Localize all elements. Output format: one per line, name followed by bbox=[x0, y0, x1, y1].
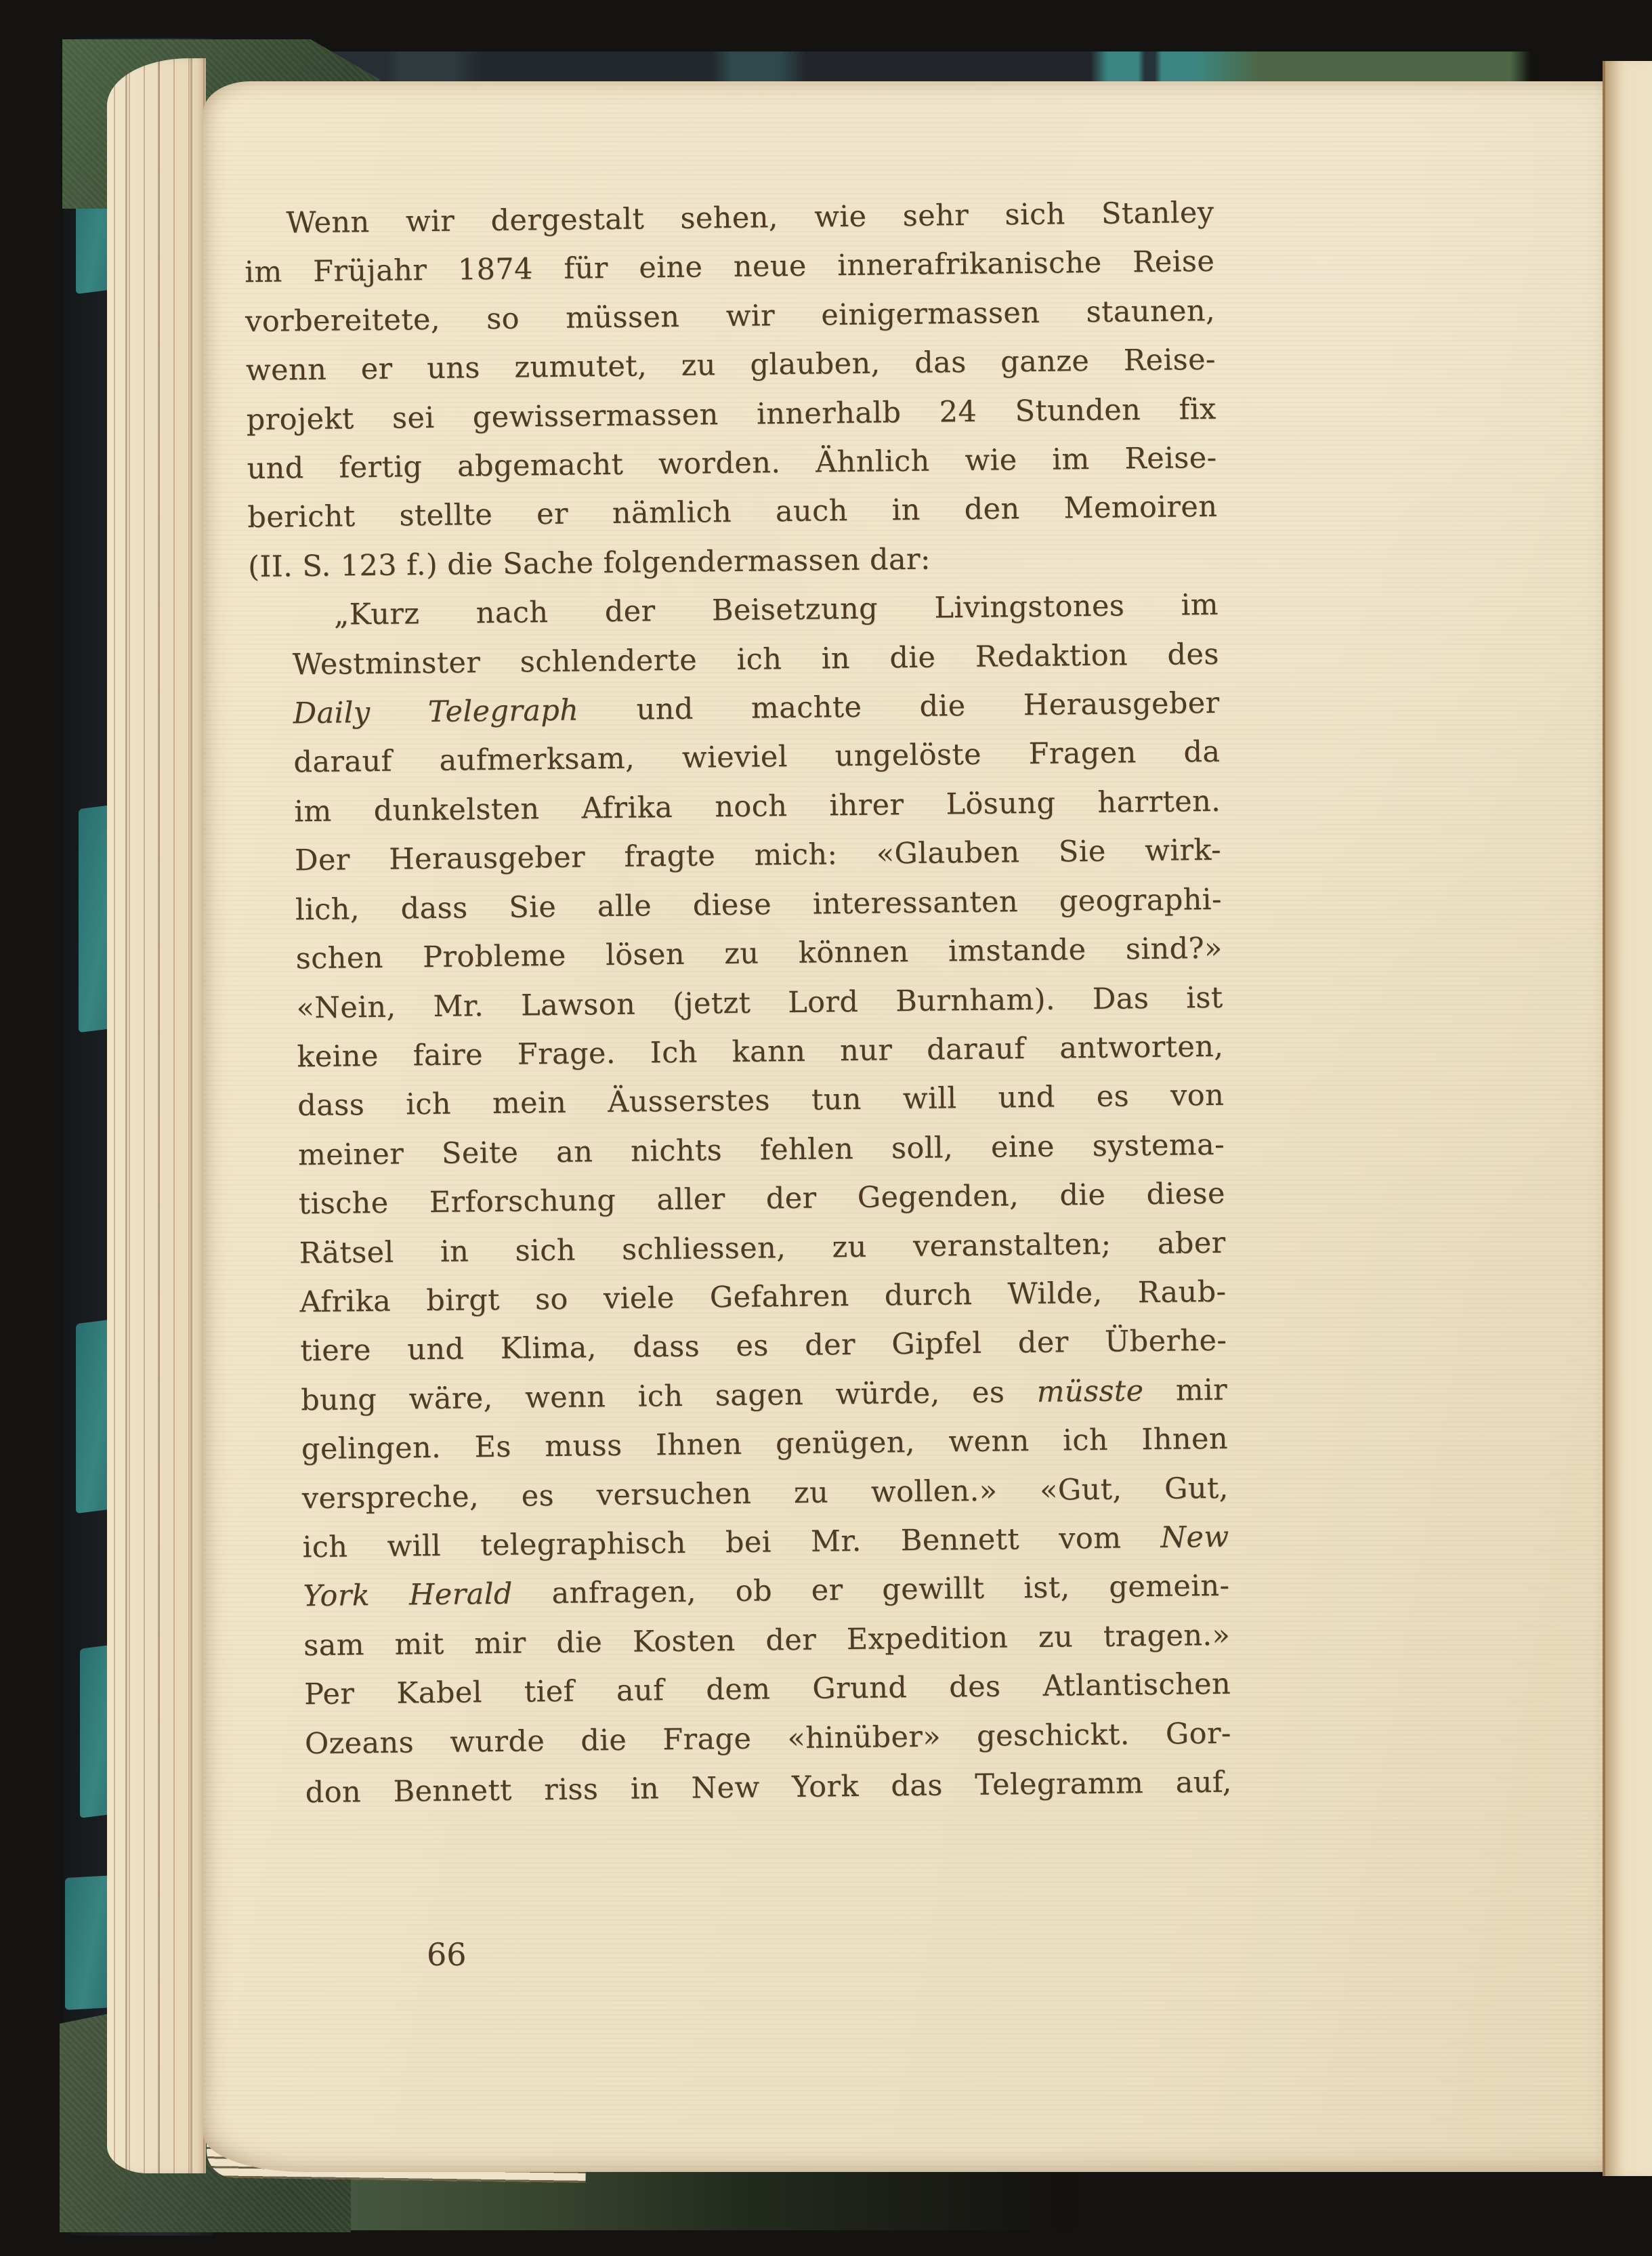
text-segment: und fertig abgemacht worden. Ähnlich wie… bbox=[247, 441, 1216, 486]
text-segment: sam mit mir die Kosten der Expedition zu… bbox=[303, 1618, 1230, 1663]
text-segment: dass ich mein Äusserstes tun will und es… bbox=[297, 1079, 1224, 1123]
text-segment: vorbereitete, so müssen wir einigermasse… bbox=[245, 294, 1215, 339]
text-segment: bericht stellte er nämlich auch in den M… bbox=[247, 490, 1217, 535]
text-line: don Bennett riss in New York das Telegra… bbox=[305, 1758, 1232, 1818]
text-segment: und machte die Herausgeber bbox=[578, 686, 1220, 728]
italic-text-segment: müsste bbox=[1036, 1374, 1143, 1409]
text-segment: (II. S. 123 f.) die Sache folgendermasse… bbox=[248, 543, 931, 584]
page-fore-edges bbox=[107, 58, 206, 2173]
text-segment: don Bennett riss in New York das Telegra… bbox=[305, 1766, 1231, 1810]
opening-paragraph: Wenn wir dergestalt sehen, wie sehr sich… bbox=[244, 188, 1218, 591]
text-segment: tische Erforschung aller der Gegenden, d… bbox=[299, 1177, 1225, 1221]
adjacent-page-gutter bbox=[1603, 61, 1652, 2176]
italic-text-segment: York Herald bbox=[303, 1577, 513, 1614]
text-segment: tiere und Klima, dass es der Gipfel der … bbox=[300, 1324, 1227, 1369]
page-number: 66 bbox=[427, 1939, 467, 1970]
text-segment: verspreche, es versuchen zu wollen.» «Gu… bbox=[302, 1471, 1229, 1516]
text-segment: darauf aufmerksam, wieviel ungelöste Fra… bbox=[293, 735, 1220, 780]
text-segment: anfragen, ob er gewillt ist, gemein- bbox=[513, 1569, 1230, 1611]
text-segment: schen Probleme lösen zu können imstande … bbox=[295, 932, 1222, 976]
text-segment: meiner Seite an nichts fehlen soll, eine… bbox=[298, 1128, 1225, 1173]
text-segment: Rätsel in sich schliessen, zu veranstalt… bbox=[299, 1226, 1225, 1270]
text-segment: Westminster schlenderte ich in die Redak… bbox=[293, 637, 1219, 682]
text-segment: gelingen. Es muss Ihnen genügen, wenn ic… bbox=[301, 1422, 1228, 1467]
text-segment: Per Kabel tief auf dem Grund des Atlanti… bbox=[304, 1667, 1231, 1712]
text-segment: bung wäre, wenn ich sagen würde, es bbox=[301, 1375, 1037, 1417]
text-segment: „Kurz nach der Beisetzung Livingstones i… bbox=[334, 588, 1219, 632]
text-segment: Afrika birgt so viele Gefahren durch Wil… bbox=[299, 1275, 1226, 1320]
text-segment: mir bbox=[1143, 1373, 1227, 1408]
text-segment: ich will telegraphisch bei Mr. Bennett v… bbox=[302, 1521, 1160, 1564]
text-segment: im dunkelsten Afrika noch ihrer Lösung h… bbox=[294, 785, 1221, 829]
text-segment: Ozeans wurde die Frage «hinüber» geschic… bbox=[305, 1716, 1231, 1761]
text-segment: lich, dass Sie alle diese interessanten … bbox=[295, 882, 1222, 927]
text-block: Wenn wir dergestalt sehen, wie sehr sich… bbox=[244, 188, 1232, 1818]
text-segment: «Nein, Mr. Lawson (jetzt Lord Burnham). … bbox=[296, 980, 1223, 1025]
text-segment: Der Herausgeber fragte mich: «Glauben Si… bbox=[295, 833, 1221, 878]
italic-text-segment: Daily Telegraph bbox=[293, 694, 578, 731]
text-segment: wenn er uns zumutet, zu glauben, das gan… bbox=[246, 343, 1216, 388]
quoted-memoir-paragraph: „Kurz nach der Beisetzung Livingstones i… bbox=[249, 581, 1232, 1818]
italic-text-segment: New bbox=[1160, 1520, 1229, 1555]
book-photo: 66 Wenn wir dergestalt sehen, wie sehr s… bbox=[0, 0, 1652, 2256]
text-segment: keine faire Frage. Ich kann nur darauf a… bbox=[297, 1030, 1223, 1074]
text-segment: projekt sei gewissermassen innerhalb 24 … bbox=[246, 392, 1216, 436]
text-segment: Wenn wir dergestalt sehen, wie sehr sich… bbox=[286, 196, 1214, 241]
text-segment: im Früjahr 1874 für eine neue innerafrik… bbox=[245, 245, 1214, 289]
